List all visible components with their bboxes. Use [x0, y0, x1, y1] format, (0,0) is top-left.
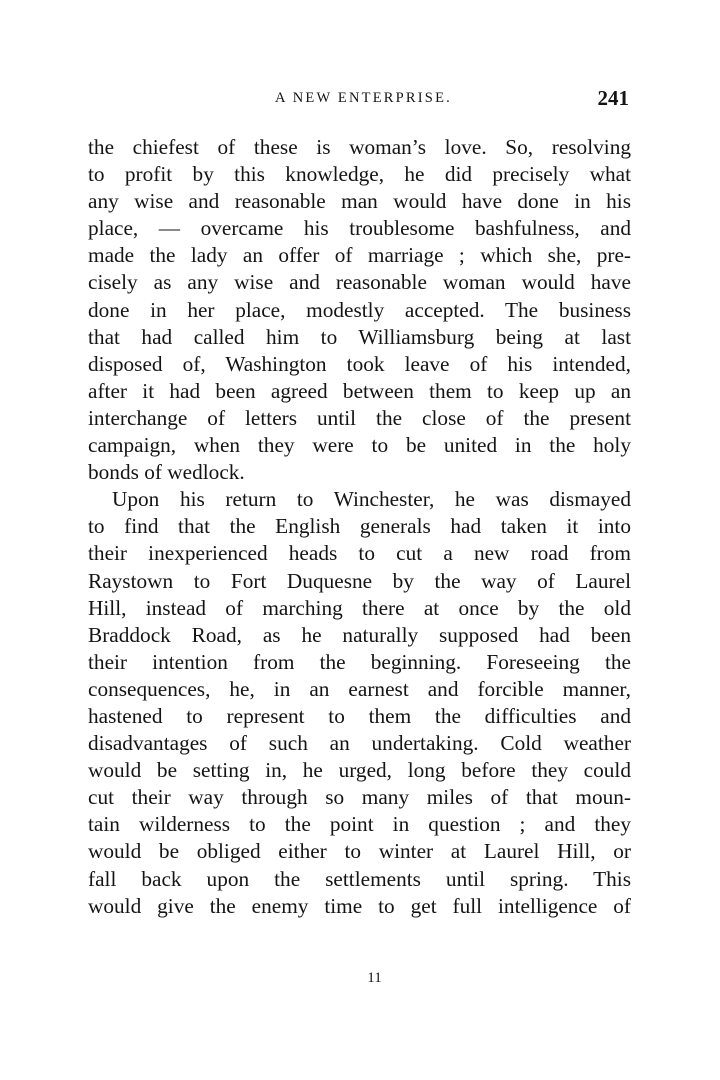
running-title: A NEW ENTERPRISE.: [88, 90, 631, 107]
text-line: campaign, when they were to be united in…: [88, 432, 631, 459]
text-line: Raystown to Fort Duquesne by the way of …: [88, 568, 631, 595]
signature-mark: 11: [88, 970, 631, 987]
running-head: A NEW ENTERPRISE. 241: [88, 86, 631, 118]
text-line: would give the enemy time to get full in…: [88, 893, 631, 920]
text-line: to profit by this knowledge, he did prec…: [88, 161, 631, 188]
text-line: done in her place, modestly accepted. Th…: [88, 297, 631, 324]
text-line: fall back upon the settlements until spr…: [88, 866, 631, 893]
text-line: cisely as any wise and reasonable woman …: [88, 269, 631, 296]
text-line: would be setting in, he urged, long befo…: [88, 757, 631, 784]
text-line: after it had been agreed between them to…: [88, 378, 631, 405]
text-line: Hill, instead of marching there at once …: [88, 595, 631, 622]
page-number: 241: [598, 86, 630, 111]
book-page: A NEW ENTERPRISE. 241 the chiefest of th…: [88, 86, 631, 920]
text-line: would be obliged either to winter at Lau…: [88, 838, 631, 865]
text-line: consequences, he, in an earnest and forc…: [88, 676, 631, 703]
text-line: their intention from the beginning. Fore…: [88, 649, 631, 676]
text-line: disposed of, Washington took leave of hi…: [88, 351, 631, 378]
text-line: Braddock Road, as he naturally supposed …: [88, 622, 631, 649]
text-line: any wise and reasonable man would have d…: [88, 188, 631, 215]
text-line: tain wilderness to the point in question…: [88, 811, 631, 838]
text-line: made the lady an offer of marriage ; whi…: [88, 242, 631, 269]
text-line: place, — overcame his troublesome bashfu…: [88, 215, 631, 242]
paragraph-end-line: bonds of wedlock.: [88, 459, 631, 486]
text-line: their inexperienced heads to cut a new r…: [88, 540, 631, 567]
text-line: cut their way through so many miles of t…: [88, 784, 631, 811]
text-line: that had called him to Williamsburg bein…: [88, 324, 631, 351]
text-line: disadvantages of such an undertaking. Co…: [88, 730, 631, 757]
text-line: the chiefest of these is woman’s love. S…: [88, 134, 631, 161]
paragraph-start-line: Upon his return to Winchester, he was di…: [88, 486, 631, 513]
text-line: hastened to represent to them the diffic…: [88, 703, 631, 730]
text-line: to find that the English generals had ta…: [88, 513, 631, 540]
body-text: the chiefest of these is woman’s love. S…: [88, 134, 631, 920]
text-line: interchange of letters until the close o…: [88, 405, 631, 432]
